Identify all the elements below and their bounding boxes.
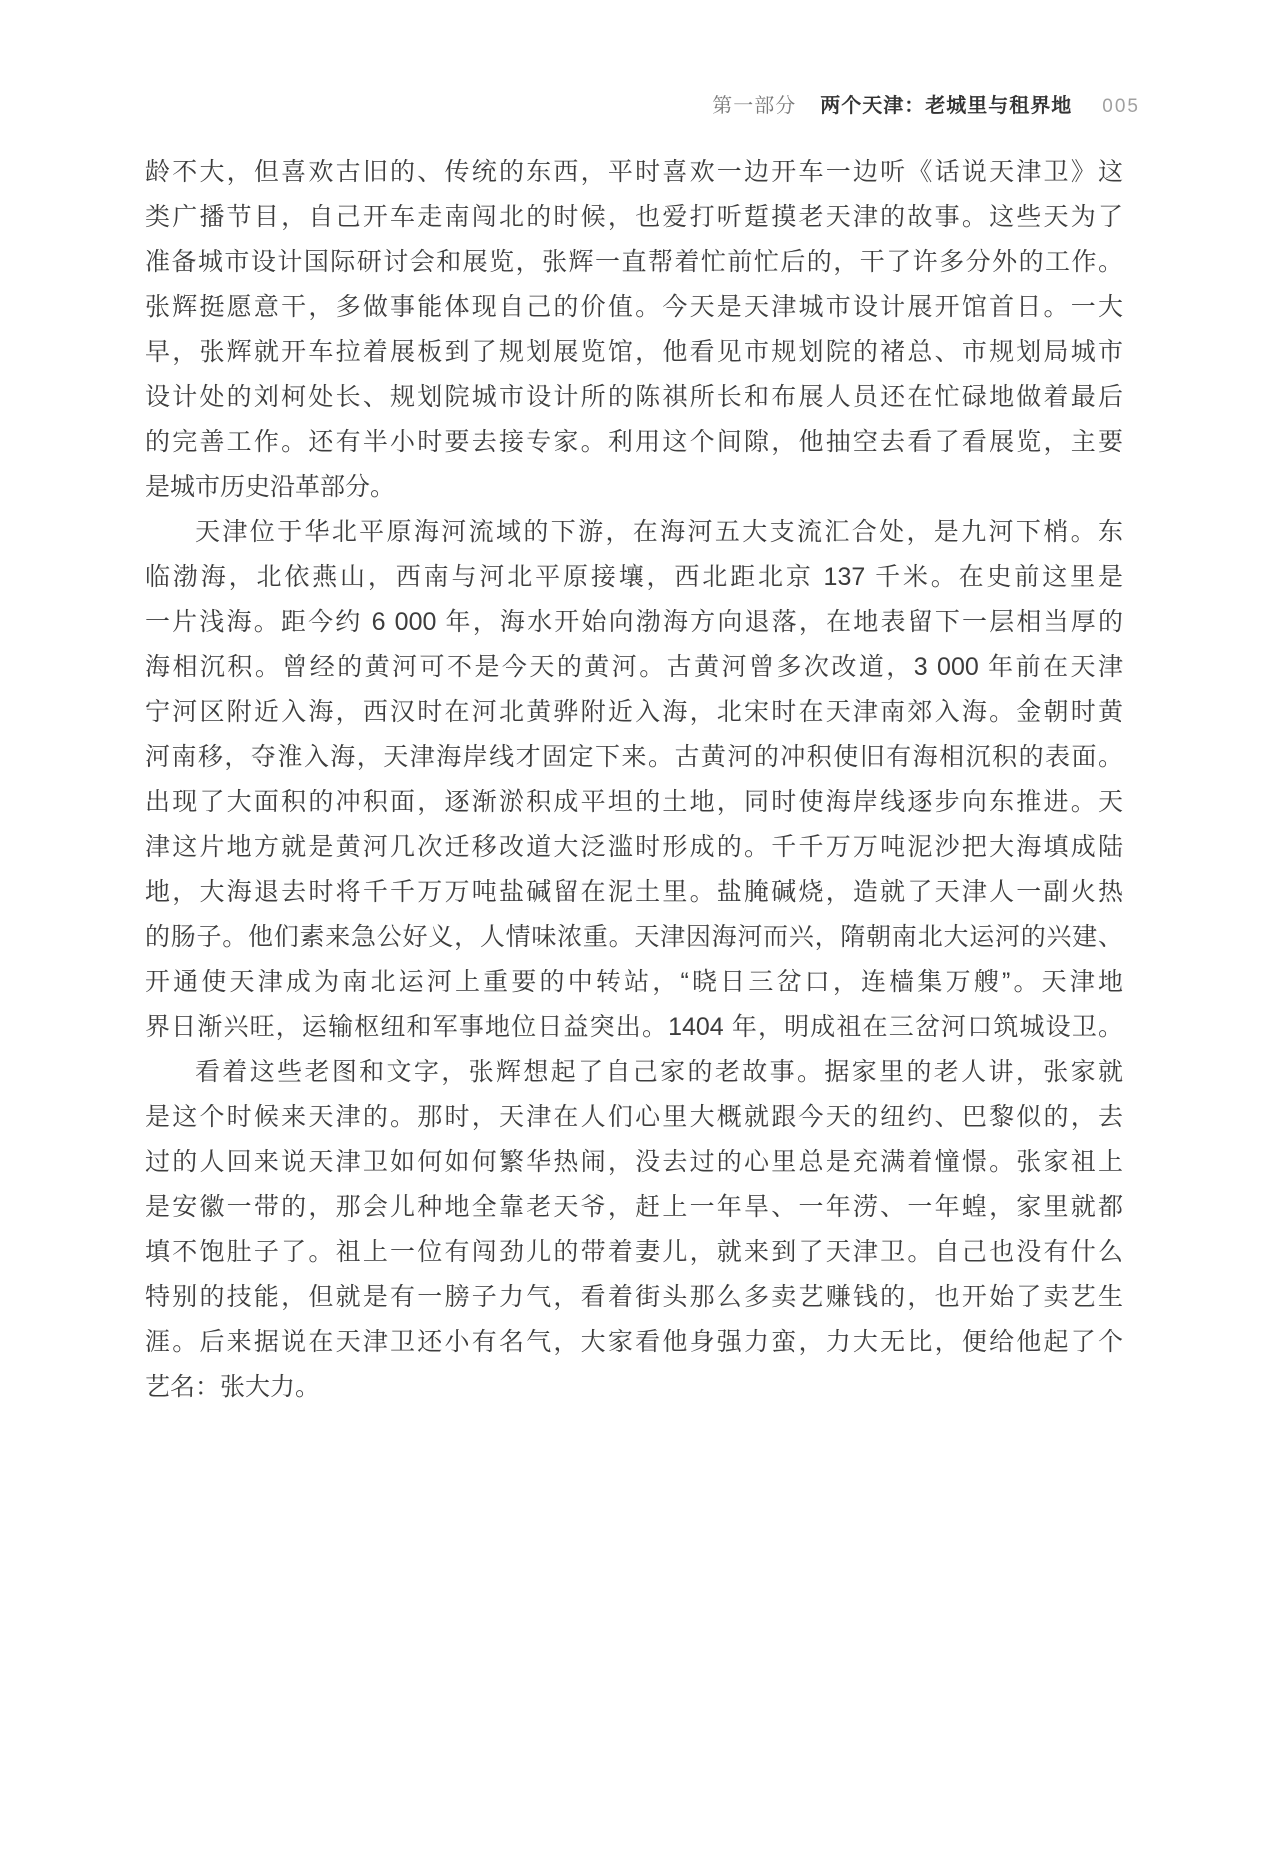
text-line: 河南移，夺淮入海，天津海岸线才固定下来。古黄河的冲积使旧有海相沉积的表面。	[145, 735, 1123, 780]
text-line: 地，大海退去时将千千万万吨盐碱留在泥土里。盐腌碱烧，造就了天津人一副火热	[145, 870, 1123, 915]
text-line: 临渤海，北依燕山，西南与河北平原接壤，西北距北京 137 千米。在史前这里是	[145, 555, 1123, 600]
text-line: 津这片地方就是黄河几次迁移改道大泛滥时形成的。千千万万吨泥沙把大海填成陆	[145, 825, 1123, 870]
header-chapter-title: 两个天津：老城里与租界地	[820, 95, 1072, 117]
text-line: 设计处的刘柯处长、规划院城市设计所的陈祺所长和布展人员还在忙碌地做着最后	[145, 375, 1123, 420]
text-line: 天津位于华北平原海河流域的下游，在海河五大支流汇合处，是九河下梢。东	[145, 510, 1123, 555]
body-text: 龄不大，但喜欢古旧的、传统的东西，平时喜欢一边开车一边听《话说天津卫》这类广播节…	[145, 150, 1123, 1410]
text-line: 早，张辉就开车拉着展板到了规划展览馆，他看见市规划院的褚总、市规划局城市	[145, 330, 1123, 375]
text-line: 开通使天津成为南北运河上重要的中转站，“晓日三岔口，连樯集万艘”。天津地	[145, 960, 1123, 1005]
text-line: 准备城市设计国际研讨会和展览，张辉一直帮着忙前忙后的，干了许多分外的工作。	[145, 240, 1123, 285]
text-line: 是这个时候来天津的。那时，天津在人们心里大概就跟今天的纽约、巴黎似的，去	[145, 1095, 1123, 1140]
text-line: 填不饱肚子了。祖上一位有闯劲儿的带着妻儿，就来到了天津卫。自己也没有什么	[145, 1230, 1123, 1275]
text-line: 的完善工作。还有半小时要去接专家。利用这个间隙，他抽空去看了看展览，主要	[145, 420, 1123, 465]
running-header: 第一部分两个天津：老城里与租界地005	[0, 93, 1140, 120]
text-line: 张辉挺愿意干，多做事能体现自己的价值。今天是天津城市设计展开馆首日。一大	[145, 285, 1123, 330]
text-line: 龄不大，但喜欢古旧的、传统的东西，平时喜欢一边开车一边听《话说天津卫》这	[145, 150, 1123, 195]
header-section-label: 第一部分	[712, 95, 796, 117]
text-line: 是城市历史沿革部分。	[145, 465, 1123, 510]
text-line: 海相沉积。曾经的黄河可不是今天的黄河。古黄河曾多次改道，3 000 年前在天津	[145, 645, 1123, 690]
text-line: 特别的技能，但就是有一膀子力气，看着街头那么多卖艺赚钱的，也开始了卖艺生	[145, 1275, 1123, 1320]
book-page: 第一部分两个天津：老城里与租界地005 龄不大，但喜欢古旧的、传统的东西，平时喜…	[0, 0, 1268, 1859]
text-line: 艺名：张大力。	[145, 1365, 1123, 1410]
text-line: 一片浅海。距今约 6 000 年，海水开始向渤海方向退落，在地表留下一层相当厚的	[145, 600, 1123, 645]
text-line: 是安徽一带的，那会儿种地全靠老天爷，赶上一年旱、一年涝、一年蝗，家里就都	[145, 1185, 1123, 1230]
text-line: 涯。后来据说在天津卫还小有名气，大家看他身强力蛮，力大无比，便给他起了个	[145, 1320, 1123, 1365]
text-line: 出现了大面积的冲积面，逐渐淤积成平坦的土地，同时使海岸线逐步向东推进。天	[145, 780, 1123, 825]
text-line: 类广播节目，自己开车走南闯北的时候，也爱打听踅摸老天津的故事。这些天为了	[145, 195, 1123, 240]
text-line: 界日渐兴旺，运输枢纽和军事地位日益突出。1404 年，明成祖在三岔河口筑城设卫。	[145, 1005, 1123, 1050]
text-line: 宁河区附近入海，西汉时在河北黄骅附近入海，北宋时在天津南郊入海。金朝时黄	[145, 690, 1123, 735]
text-line: 的肠子。他们素来急公好义，人情味浓重。天津因海河而兴，隋朝南北大运河的兴建、	[145, 915, 1123, 960]
page-number: 005	[1102, 96, 1140, 117]
text-line: 看着这些老图和文字，张辉想起了自己家的老故事。据家里的老人讲，张家就	[145, 1050, 1123, 1095]
text-line: 过的人回来说天津卫如何如何繁华热闹，没去过的心里总是充满着憧憬。张家祖上	[145, 1140, 1123, 1185]
